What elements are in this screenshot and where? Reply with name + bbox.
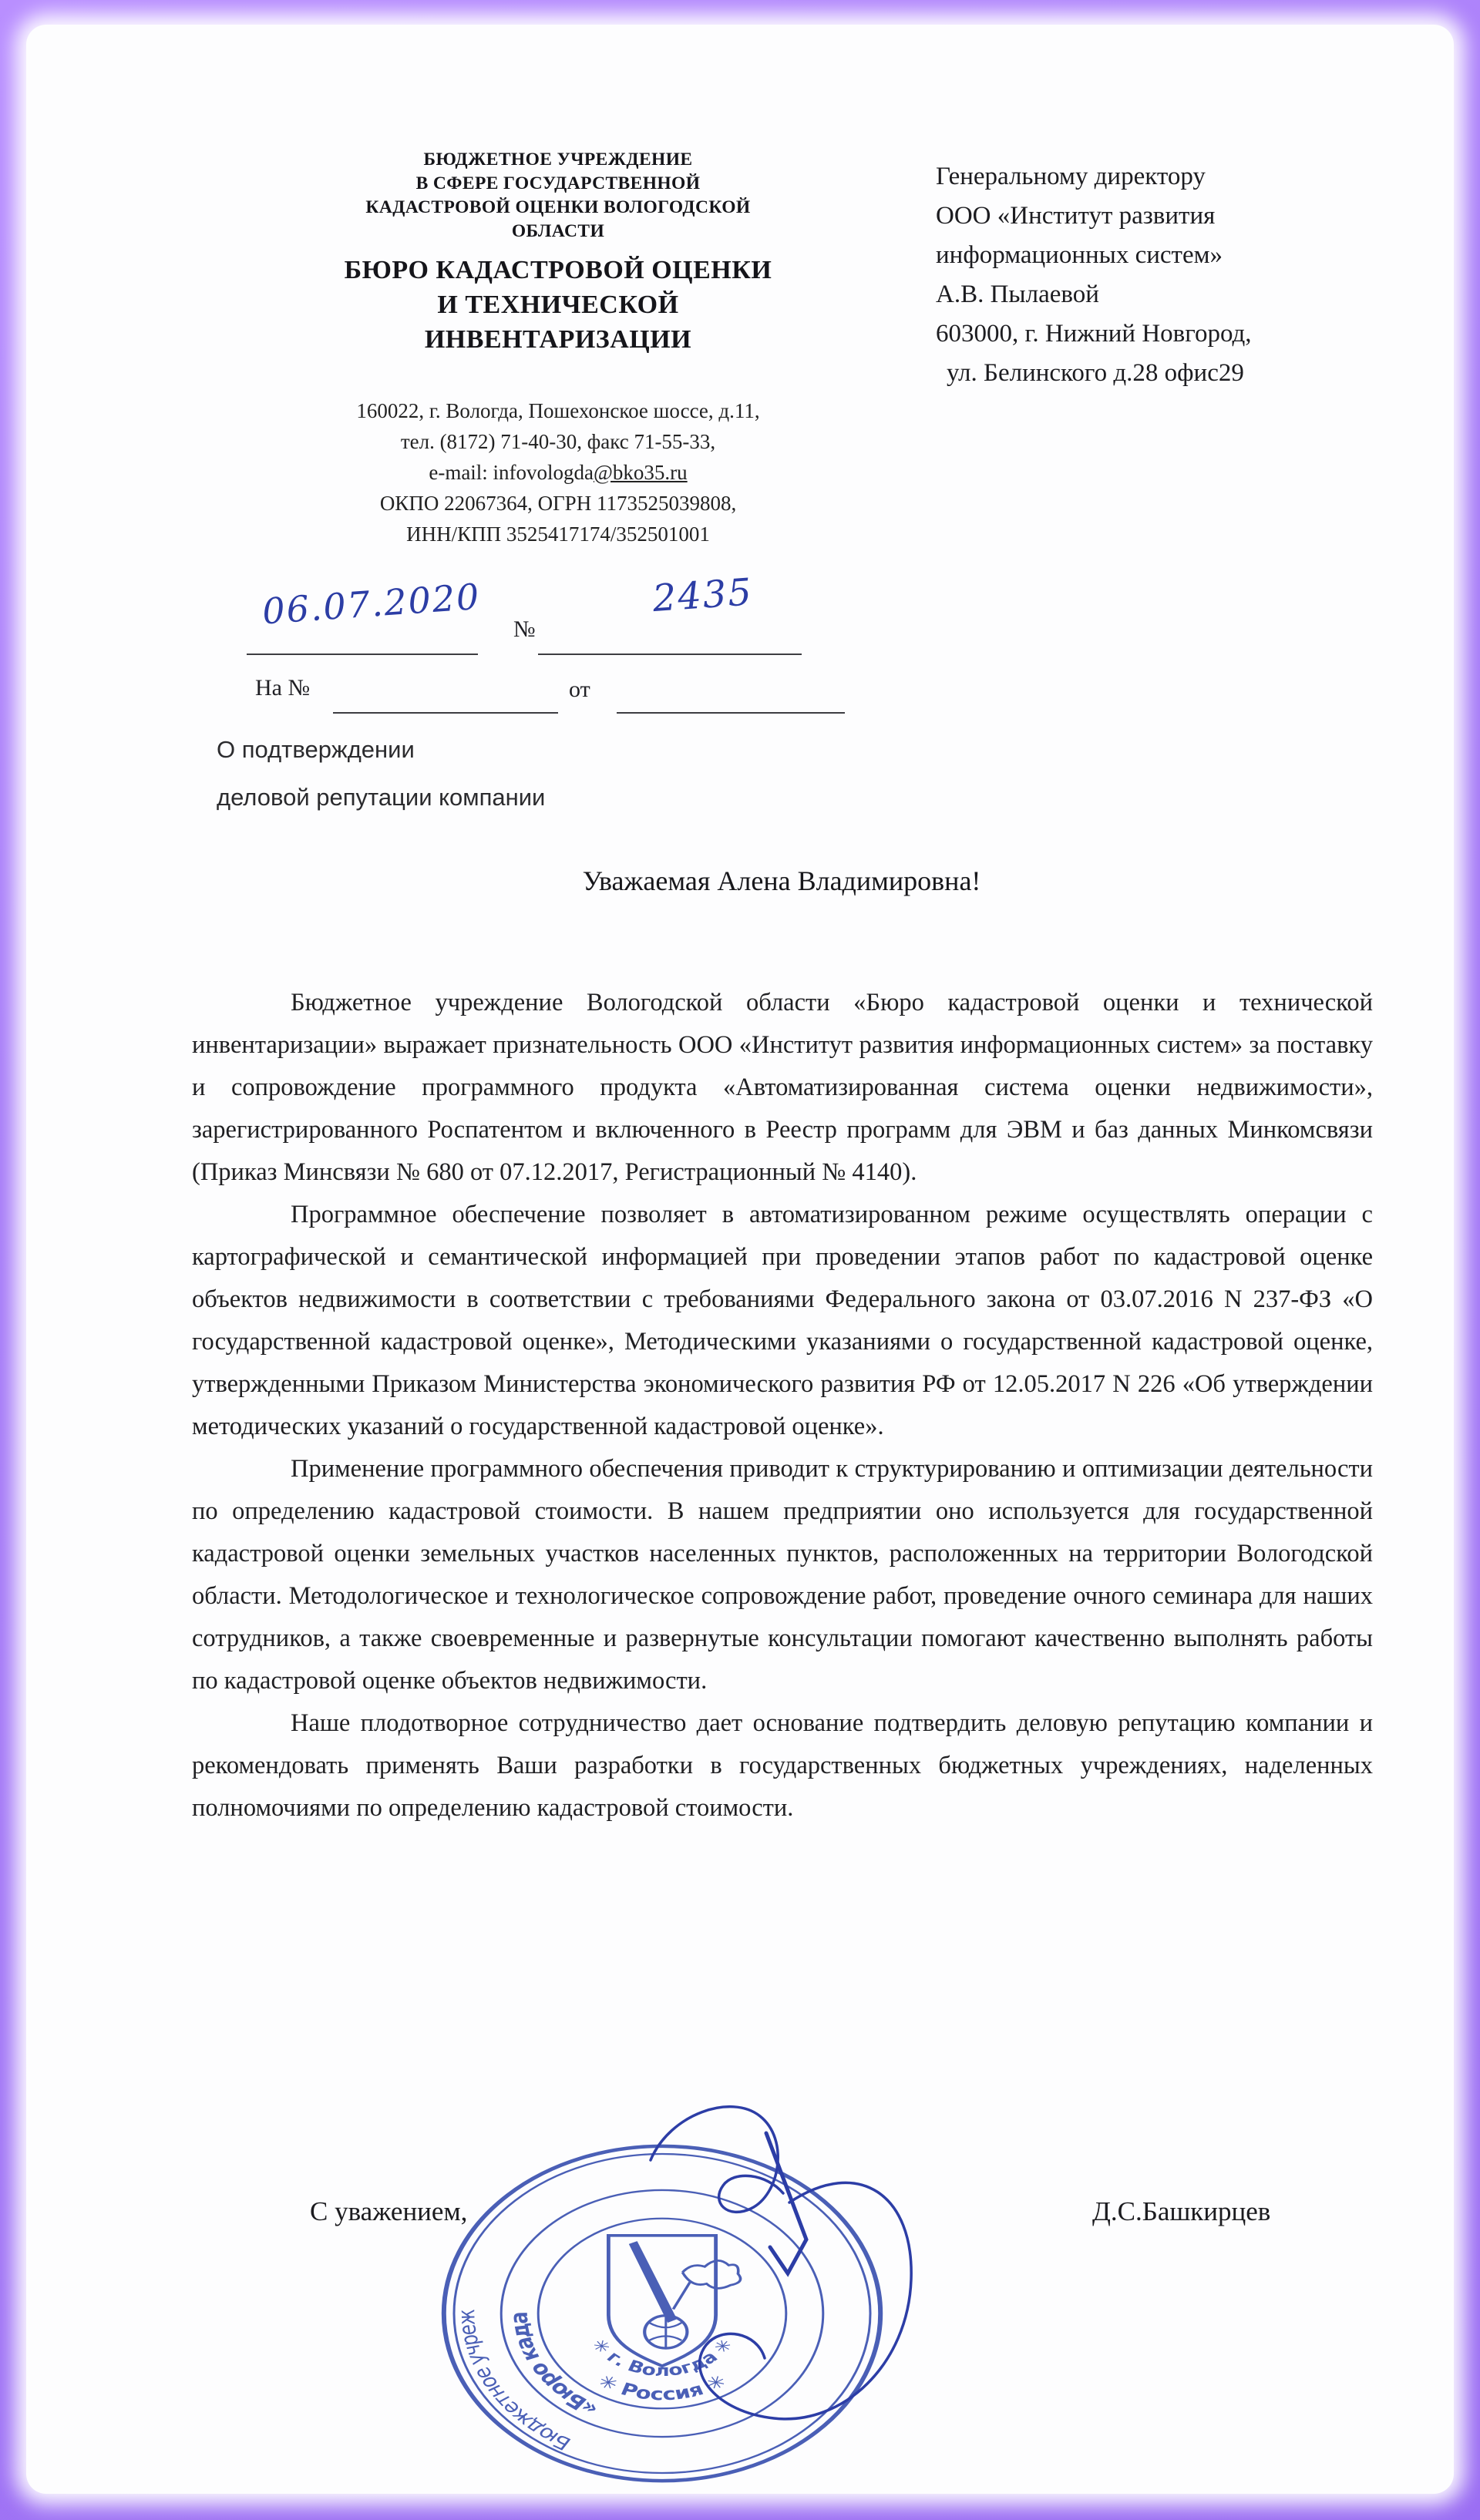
recipient-title: Генеральному директору (936, 157, 1398, 197)
org-type: БЮДЖЕТНОЕ УЧРЕЖДЕНИЕ В СФЕРЕ ГОСУДАРСТВЕ… (250, 148, 866, 244)
inn-kpp: ИНН/КПП 3525417174/352501001 (250, 519, 866, 549)
signer-name: Д.С.Башкирцев (1092, 2196, 1270, 2227)
body-paragraph: Бюджетное учреждение Вологодской области… (192, 982, 1373, 1194)
reply-number-underline (333, 712, 558, 714)
letter-page: БЮДЖЕТНОЕ УЧРЕЖДЕНИЕ В СФЕРЕ ГОСУДАРСТВЕ… (26, 25, 1454, 2494)
org-name-line: ИНВЕНТАРИЗАЦИИ (250, 322, 866, 357)
recipient-company: информационных систем» (936, 236, 1398, 275)
email-prefix: e-mail: infovologda (429, 461, 594, 484)
recipient-block: Генеральному директору ООО «Институт раз… (936, 157, 1398, 393)
subject-line: деловой репутации компании (217, 774, 756, 822)
org-type-line: В СФЕРЕ ГОСУДАРСТВЕННОЙ (250, 172, 866, 196)
org-type-line: ОБЛАСТИ (250, 220, 866, 244)
signature-stroke (700, 2182, 912, 2419)
recipient-city: 603000, г. Нижний Новгород, (936, 314, 1398, 354)
okpo-ogrn: ОКПО 22067364, ОГРН 1173525039808, (250, 488, 866, 519)
email-link: @bko35.ru (594, 461, 688, 484)
subject-block: О подтверждении деловой репутации компан… (217, 726, 756, 822)
salutation: Уважаемая Алена Владимировна! (192, 865, 1371, 897)
recipient-company: ООО «Институт развития (936, 197, 1398, 236)
number-underline (538, 654, 802, 655)
recipient-person: А.В. Пылаевой (936, 275, 1398, 314)
body-paragraph: Наше плодотворное сотрудничество дает ос… (192, 1702, 1373, 1830)
contact-block: 160022, г. Вологда, Пошехонское шоссе, д… (250, 395, 866, 549)
org-name: БЮРО КАДАСТРОВОЙ ОЦЕНКИ И ТЕХНИЧЕСКОЙ ИН… (250, 253, 866, 357)
date-underline (247, 654, 478, 655)
reply-date-underline (617, 712, 845, 714)
handwritten-number: 2435 (597, 566, 808, 624)
signature-stroke (651, 2107, 783, 2213)
letter-body: Бюджетное учреждение Вологодской области… (192, 982, 1373, 1830)
body-paragraph: Применение программного обеспечения прив… (192, 1448, 1373, 1702)
recipient-street: ул. Белинского д.28 офис29 (936, 354, 1398, 393)
handwritten-date: 06.07.2020 (254, 575, 488, 633)
org-type-line: БЮДЖЕТНОЕ УЧРЕЖДЕНИЕ (250, 148, 866, 172)
subject-line: О подтверждении (217, 726, 756, 774)
org-name-line: БЮРО КАДАСТРОВОЙ ОЦЕНКИ (250, 253, 866, 287)
signature-stroke (766, 2133, 806, 2273)
signature (535, 2087, 951, 2449)
body-paragraph: Программное обеспечение позволяет в авто… (192, 1194, 1373, 1448)
email-line: e-mail: infovologda@bko35.ru (250, 457, 866, 488)
postal-address: 160022, г. Вологда, Пошехонское шоссе, д… (250, 395, 866, 426)
reply-label: На № (255, 675, 310, 701)
org-name-line: И ТЕХНИЧЕСКОЙ (250, 287, 866, 322)
number-label: № (513, 617, 536, 643)
reply-from-label: от (569, 677, 590, 703)
letterhead: БЮДЖЕТНОЕ УЧРЕЖДЕНИЕ В СФЕРЕ ГОСУДАРСТВЕ… (250, 148, 866, 549)
phone-fax: тел. (8172) 71-40-30, факс 71-55-33, (250, 426, 866, 457)
org-type-line: КАДАСТРОВОЙ ОЦЕНКИ ВОЛОГОДСКОЙ (250, 196, 866, 220)
